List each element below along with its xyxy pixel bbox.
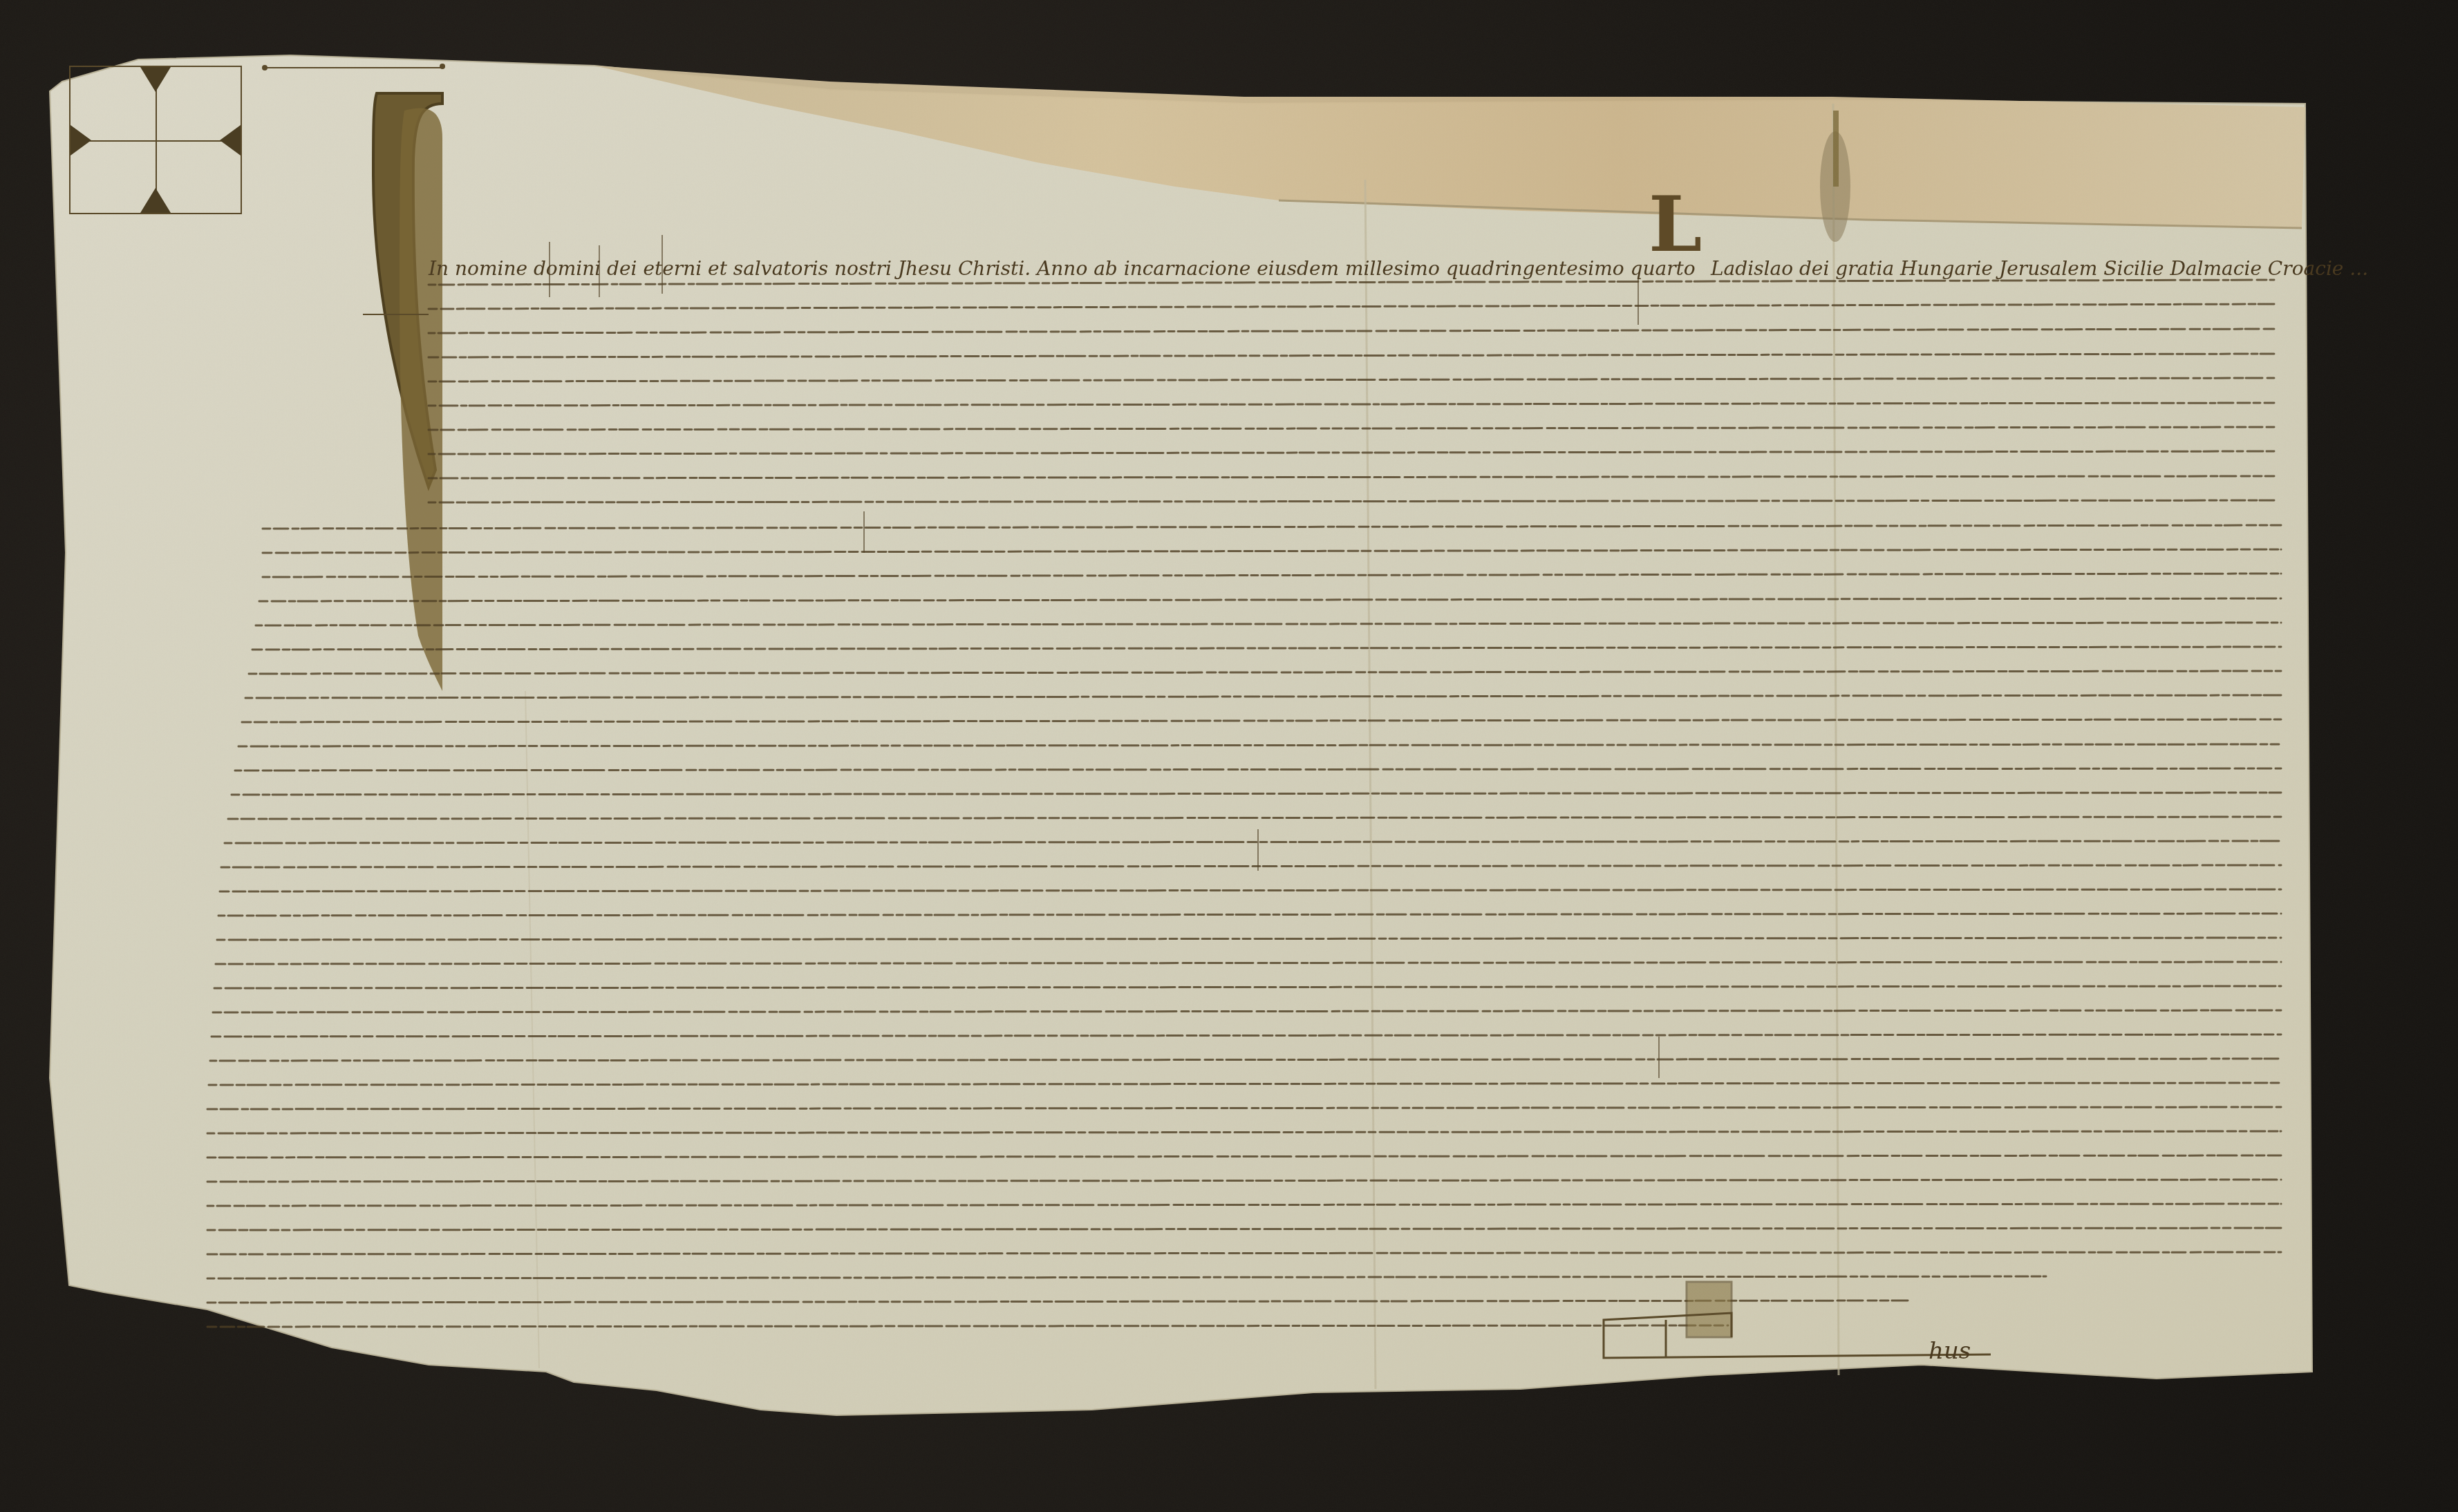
- parchment-sheet: [0, 0, 2458, 1512]
- royal-intitulation: Ladislao dei gratia Hungarie Jerusalem S…: [1711, 257, 2368, 280]
- manuscript-photo: L In nomine domini dei eterni et salvato…: [0, 0, 2458, 1512]
- signum-caption: hus: [1929, 1337, 1971, 1365]
- opening-invocation: In nomine domini dei eterni et salvatori…: [429, 257, 1696, 280]
- decorated-initial-l: L: [1649, 187, 1702, 263]
- notarial-sign-icon: [69, 66, 242, 214]
